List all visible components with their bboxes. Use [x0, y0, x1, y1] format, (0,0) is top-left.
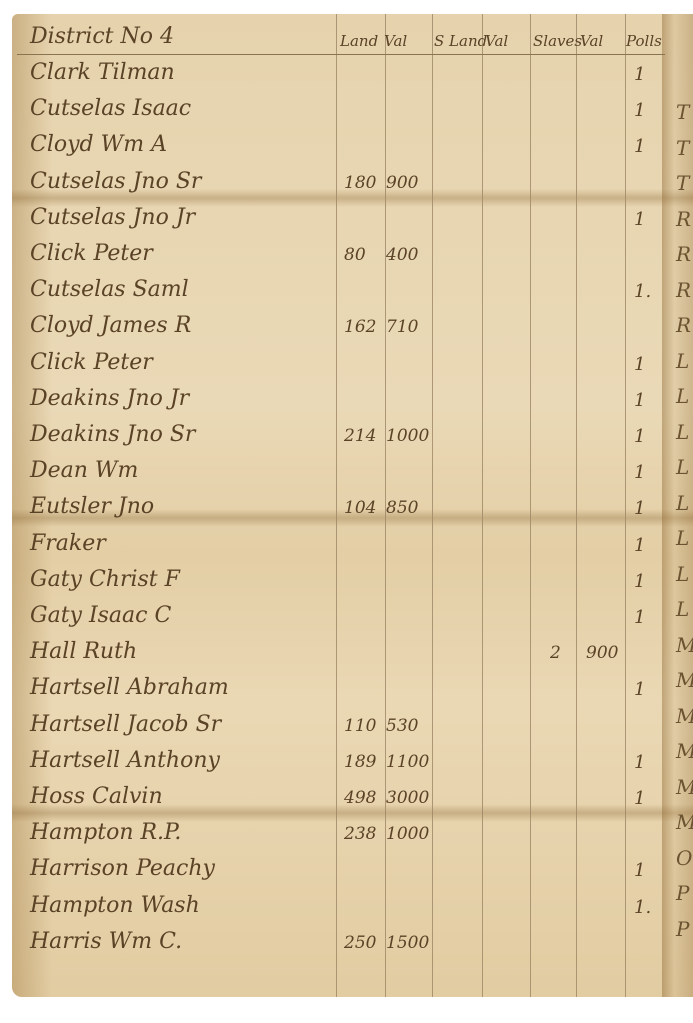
taxpayer-name: Cloyd Wm A — [30, 132, 167, 157]
next-page-initial: M — [676, 668, 693, 692]
taxpayer-name: Hall Ruth — [30, 639, 137, 664]
taxpayer-name: Click Peter — [30, 350, 153, 375]
header-rule — [17, 54, 665, 55]
land-acres: 189 — [344, 752, 376, 772]
land-value: 900 — [386, 173, 418, 193]
next-page-initial: L — [676, 420, 689, 444]
column-rule — [530, 14, 531, 997]
polls-count: 1 — [634, 462, 645, 483]
land-value: 850 — [386, 498, 418, 518]
taxpayer-name: Deakins Jno Sr — [30, 422, 195, 447]
polls-count: 1 — [634, 607, 645, 628]
column-header: S Land — [434, 32, 487, 50]
taxpayer-name: Click Peter — [30, 241, 153, 266]
land-value: 1000 — [386, 426, 429, 446]
taxpayer-name: Cutselas Jno Sr — [30, 169, 201, 194]
next-page-initial: L — [676, 455, 689, 479]
taxpayer-name: Hampton R.P. — [30, 820, 181, 845]
next-page-initial: M — [676, 704, 693, 728]
next-page-initial: T — [676, 100, 689, 124]
next-page-initial: R — [676, 207, 691, 231]
polls-count: 1 — [634, 679, 645, 700]
taxpayer-name: Gaty Isaac C — [30, 603, 171, 628]
land-acres: 110 — [344, 716, 376, 736]
taxpayer-name: Hartsell Anthony — [30, 748, 220, 773]
next-page-initial: L — [676, 597, 689, 621]
polls-count: 1 — [634, 136, 645, 157]
column-header: Val — [580, 32, 603, 50]
taxpayer-name: Cloyd James R — [30, 313, 191, 338]
polls-count: 1 — [634, 426, 645, 447]
taxpayer-name: Clark Tilman — [30, 60, 175, 85]
land-acres: 104 — [344, 498, 376, 518]
taxpayer-name: Harris Wm C. — [30, 929, 182, 954]
slaves-value: 900 — [586, 643, 618, 663]
polls-count: 1 — [634, 354, 645, 375]
next-page-initial: M — [676, 810, 693, 834]
land-acres: 250 — [344, 933, 376, 953]
column-rule — [625, 14, 626, 997]
next-page-initial: O — [676, 846, 692, 870]
taxpayer-name: Gaty Christ F — [30, 567, 180, 592]
land-acres: 498 — [344, 788, 376, 808]
land-value: 530 — [386, 716, 418, 736]
next-page-initial: L — [676, 526, 689, 550]
polls-count: 1 — [634, 64, 645, 85]
polls-count: 1 — [634, 788, 645, 809]
next-page-initial: L — [676, 384, 689, 408]
polls-count: 1 — [634, 571, 645, 592]
next-page-initial: M — [676, 775, 693, 799]
taxpayer-name: Hampton Wash — [30, 893, 200, 918]
polls-count: 1 — [634, 390, 645, 411]
next-page-initial: M — [676, 739, 693, 763]
land-value: 1100 — [386, 752, 429, 772]
column-rule — [432, 14, 433, 997]
land-acres: 180 — [344, 173, 376, 193]
taxpayer-name: Harrison Peachy — [30, 856, 215, 881]
next-page-initial: R — [676, 242, 691, 266]
land-acres: 80 — [344, 245, 366, 265]
taxpayer-name: Cutselas Isaac — [30, 96, 191, 121]
next-page-initial: T — [676, 171, 689, 195]
polls-count: 1 — [634, 498, 645, 519]
land-value: 3000 — [386, 788, 429, 808]
next-page-initial: P — [676, 881, 689, 905]
column-header: Land — [340, 32, 378, 50]
taxpayer-name: Deakins Jno Jr — [30, 386, 189, 411]
next-page-initial: L — [676, 562, 689, 586]
district-title: District No 4 — [30, 24, 174, 49]
column-header: Polls — [626, 32, 662, 50]
next-page-initial: R — [676, 313, 691, 337]
land-value: 1000 — [386, 824, 429, 844]
column-header: Val — [384, 32, 407, 50]
taxpayer-name: Hartsell Abraham — [30, 675, 229, 700]
land-acres: 162 — [344, 317, 376, 337]
slaves-count: 2 — [550, 643, 561, 663]
column-rule — [336, 14, 337, 997]
column-rule — [482, 14, 483, 997]
land-value: 1500 — [386, 933, 429, 953]
polls-count: 1. — [634, 281, 651, 302]
polls-count: 1 — [634, 209, 645, 230]
taxpayer-name: Cutselas Saml — [30, 277, 189, 302]
next-page-initial: P — [676, 917, 689, 941]
next-page-initial: L — [676, 491, 689, 515]
next-page-initial: R — [676, 278, 691, 302]
polls-count: 1 — [634, 100, 645, 121]
next-page-initial: T — [676, 136, 689, 160]
land-value: 400 — [386, 245, 418, 265]
taxpayer-name: Cutselas Jno Jr — [30, 205, 195, 230]
polls-count: 1 — [634, 860, 645, 881]
taxpayer-name: Eutsler Jno — [30, 494, 154, 519]
taxpayer-name: Dean Wm — [30, 458, 138, 483]
column-header: Val — [485, 32, 508, 50]
taxpayer-name: Fraker — [30, 531, 106, 556]
polls-count: 1. — [634, 897, 651, 918]
column-rule — [576, 14, 577, 997]
land-value: 710 — [386, 317, 418, 337]
land-acres: 214 — [344, 426, 376, 446]
land-acres: 238 — [344, 824, 376, 844]
next-page-initial: M — [676, 633, 693, 657]
next-page-initial: L — [676, 349, 689, 373]
polls-count: 1 — [634, 752, 645, 773]
taxpayer-name: Hoss Calvin — [30, 784, 163, 809]
column-header: Slaves — [533, 32, 582, 50]
taxpayer-name: Hartsell Jacob Sr — [30, 712, 221, 737]
polls-count: 1 — [634, 535, 645, 556]
